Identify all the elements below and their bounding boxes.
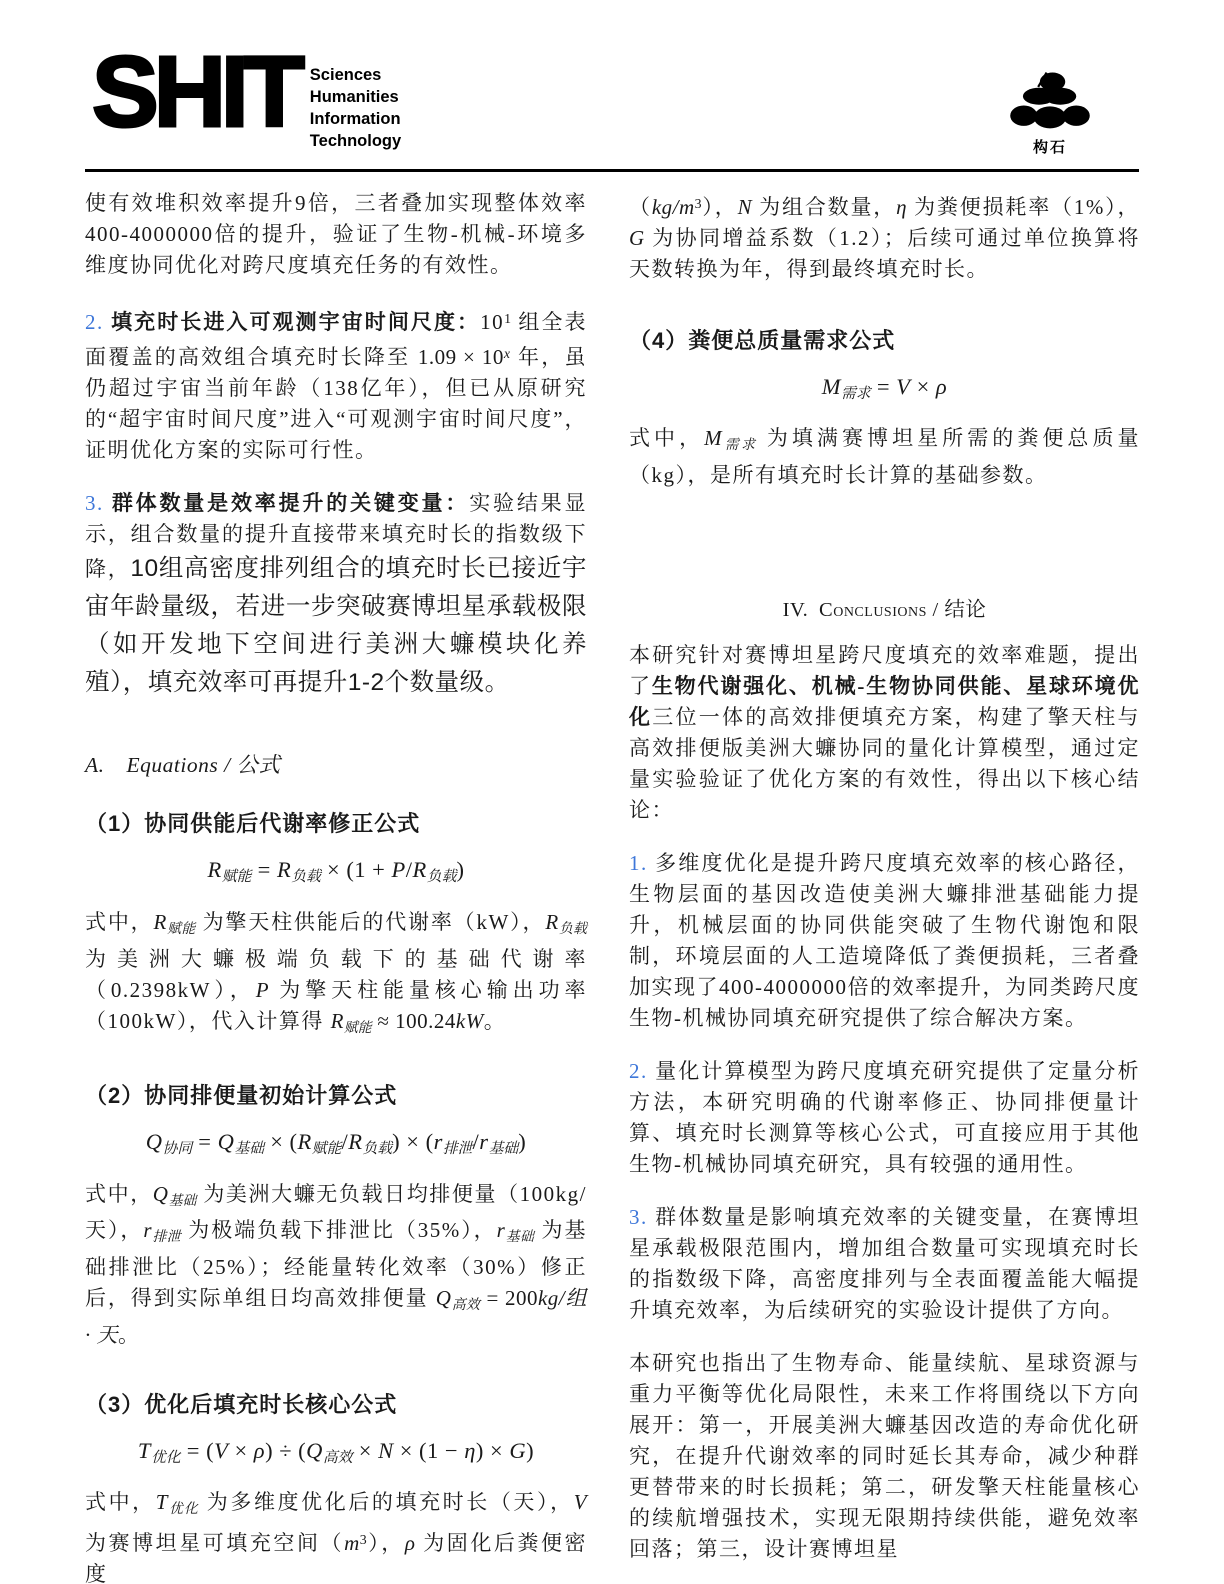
equation-heading-2: （2）协同排便量初始计算公式 bbox=[85, 1080, 587, 1111]
text-segment: 高效 bbox=[323, 1450, 353, 1466]
text-segment: × bbox=[353, 1438, 378, 1463]
text-segment: G bbox=[629, 226, 645, 250]
text-segment: R bbox=[348, 1129, 362, 1154]
text-segment: 基础 bbox=[168, 1192, 196, 1207]
conclusion-item-3: 3. 群体数量是影响填充效率的关键变量，在赛博坦星承载极限范围内，增加组合数量可… bbox=[629, 1202, 1140, 1326]
text-segment bbox=[104, 310, 111, 334]
text-segment: R bbox=[545, 910, 558, 934]
text-segment: 群体数量是效率提升的关键变量： bbox=[112, 491, 469, 515]
text-segment: IV. bbox=[783, 599, 819, 621]
text-segment: N bbox=[378, 1438, 394, 1463]
finding-item-3: 3. 群体数量是效率提升的关键变量：实验结果显示，组合数量的提升直接带来填充时长… bbox=[85, 488, 587, 702]
text-segment: = bbox=[251, 857, 276, 882]
text-segment: / bbox=[406, 857, 413, 882]
text-segment: Q bbox=[146, 1129, 163, 1154]
text-segment: 式中， bbox=[85, 1182, 153, 1206]
text-segment: M bbox=[822, 374, 841, 399]
text-segment: 本研究也指出了生物寿命、能量续航、星球资源与重力平衡等优化局限性，未来工作将围绕… bbox=[629, 1351, 1140, 1561]
text-segment: 赋能 bbox=[312, 1142, 342, 1158]
text-segment: 。 bbox=[484, 1009, 507, 1033]
equation-4-description: 式中，M需求 为填满赛博坦星所需的粪便总质量（kg），是所有填充时长计算的基础参… bbox=[629, 423, 1140, 491]
equation-1-description: 式中，R赋能 为擎天柱供能后的代谢率（kW），R负载 为美洲大蠊极端负载下的基础… bbox=[85, 907, 587, 1043]
left-column: 使有效堆积效率提升9倍，三者叠加实现整体效率400-4000000倍的提升，验证… bbox=[85, 188, 587, 1584]
text-segment: ) × bbox=[476, 1438, 509, 1463]
equation-heading-1: （1）协同供能后代谢率修正公式 bbox=[85, 808, 587, 839]
publisher-stamp: 构石 bbox=[1002, 70, 1098, 157]
text-segment: 3. bbox=[629, 1205, 648, 1229]
text-segment: 排泄 bbox=[443, 1142, 473, 1158]
text-segment: V bbox=[214, 1438, 228, 1463]
text-segment: 赋能 bbox=[222, 870, 252, 886]
text-segment: 负载 bbox=[291, 870, 321, 886]
text-segment: 赋能 bbox=[167, 921, 196, 936]
text-segment: P bbox=[392, 857, 406, 882]
text-segment: G bbox=[509, 1438, 526, 1463]
text-segment: 排泄 bbox=[152, 1229, 181, 1244]
text-segment: ）， bbox=[702, 195, 737, 219]
text-segment: 量化计算模型为跨尺度填充研究提供了定量分析方法，本研究明确的代谢率修正、协同排便… bbox=[629, 1059, 1140, 1176]
text-segment: 使有效堆积效率提升9倍，三者叠加实现整体效率400-4000000倍的提升，验证… bbox=[85, 191, 587, 277]
text-segment: R bbox=[298, 1129, 312, 1154]
text-segment: R bbox=[413, 857, 427, 882]
equation-heading-4: （4）粪便总质量需求公式 bbox=[629, 325, 1140, 356]
journal-header: SHIT Sciences Humanities Information Tec… bbox=[92, 42, 401, 152]
equation-2: Q协同 = Q基础 × (R赋能/R负载) × (r排泄/r基础) bbox=[85, 1126, 587, 1165]
text-segment: × bbox=[910, 374, 935, 399]
text-segment: 优化 bbox=[151, 1450, 181, 1466]
stone-pile-logo-icon bbox=[1007, 70, 1093, 136]
text-segment: 高效 bbox=[451, 1297, 480, 1312]
header-rule bbox=[85, 169, 1139, 172]
text-segment: R bbox=[331, 1009, 344, 1033]
text-segment: = bbox=[192, 1129, 217, 1154]
equation-3: T优化 = (V × ρ) ÷ (Q高效 × N × (1 − η) × G) bbox=[85, 1435, 587, 1474]
text-segment: 为协同增益系数（1.2）；后续可通过单位换算将天数转换为年，得到最终填充时长。 bbox=[629, 226, 1140, 281]
text-segment: 1. bbox=[629, 851, 648, 875]
text-segment: 多维度优化是提升跨尺度填充效率的核心路径，生物层面的基因改造使美洲大蠊排泄基础能… bbox=[629, 851, 1140, 1030]
conclusions-intro: 本研究针对赛博坦星跨尺度填充的效率难题，提出了生物代谢强化、机械-生物协同供能、… bbox=[629, 640, 1140, 826]
text-segment: 为多维度优化后的填充时长（天）， bbox=[199, 1490, 574, 1514]
paper-page: SHIT Sciences Humanities Information Tec… bbox=[0, 0, 1224, 1584]
text-segment: = 200 bbox=[480, 1286, 538, 1310]
text-segment: 公式 bbox=[236, 753, 280, 777]
text-segment: N bbox=[738, 195, 753, 219]
text-segment: T bbox=[138, 1438, 151, 1463]
text-segment: 。 bbox=[118, 1323, 141, 1347]
text-segment bbox=[104, 491, 112, 515]
conclusion-item-1: 1. 多维度优化是提升跨尺度填充效率的核心路径，生物层面的基因改造使美洲大蠊排泄… bbox=[629, 848, 1140, 1034]
text-segment: 基础 bbox=[489, 1142, 519, 1158]
text-segment: 2. bbox=[85, 310, 104, 334]
text-segment: η bbox=[896, 195, 907, 219]
text-segment: 为极端负载下排泄比（35%）， bbox=[181, 1218, 497, 1242]
text-segment: 三位一体的高效排便填充方案，构建了擎天柱与高效排便版美洲大蠊协同的量化计算模型，… bbox=[629, 705, 1140, 822]
paragraph-results-overall: 使有效堆积效率提升9倍，三者叠加实现整体效率400-4000000倍的提升，验证… bbox=[85, 188, 587, 281]
text-segment: 需求 bbox=[722, 437, 757, 452]
text-segment: ≈ 100.24 bbox=[372, 1009, 456, 1033]
text-segment: A. Equations / bbox=[85, 753, 236, 777]
text-segment: 需求 bbox=[841, 386, 871, 402]
text-segment: kg/m bbox=[652, 195, 695, 219]
future-work-paragraph: 本研究也指出了生物寿命、能量续航、星球资源与重力平衡等优化局限性，未来工作将围绕… bbox=[629, 1348, 1140, 1565]
text-segment: Conclusions bbox=[819, 599, 927, 621]
text-segment: ρ bbox=[936, 374, 947, 399]
text-segment: 群体数量是影响填充效率的关键变量，在赛博坦星承载极限范围内，增加组合数量可实现填… bbox=[629, 1205, 1140, 1322]
text-segment: ) ÷ ( bbox=[265, 1438, 306, 1463]
finding-item-2: 2. 填充时长进入可观测宇宙时间尺度：101 组全表面覆盖的高效组合填充时长降至… bbox=[85, 303, 587, 466]
text-segment: = bbox=[871, 374, 896, 399]
text-segment: x bbox=[504, 346, 511, 361]
text-segment: / 结论 bbox=[927, 599, 986, 621]
text-segment: 3 bbox=[695, 196, 702, 211]
text-segment: T bbox=[156, 1490, 168, 1514]
text-segment: kW bbox=[456, 1009, 484, 1033]
text-segment: 负载 bbox=[427, 870, 457, 886]
text-segment: R bbox=[153, 910, 166, 934]
text-segment: V bbox=[574, 1490, 587, 1514]
text-segment: 式中， bbox=[629, 426, 704, 450]
text-segment: R bbox=[277, 857, 291, 882]
text-segment: 式中， bbox=[85, 1490, 156, 1514]
equation-1: R赋能 = R负载 × (1 + P/R负载) bbox=[85, 854, 587, 893]
equation-2-description: 式中，Q基础 为美洲大蠊无负载日均排便量（100kg/天），r排泄 为极端负载下… bbox=[85, 1179, 587, 1352]
text-segment: 2. bbox=[629, 1059, 648, 1083]
journal-logo-subtitle: Sciences Humanities Information Technolo… bbox=[310, 64, 401, 152]
right-column: （kg/m3），N 为组合数量，η 为粪便损耗率（1%），G 为协同增益系数（1… bbox=[629, 188, 1140, 1565]
text-segment: × bbox=[228, 1438, 253, 1463]
text-segment: 为赛博坦星可填充空间（ bbox=[85, 1531, 344, 1555]
text-segment: P bbox=[256, 978, 269, 1002]
text-segment: r bbox=[143, 1218, 152, 1242]
text-segment: = ( bbox=[181, 1438, 214, 1463]
text-segment: 负载 bbox=[559, 921, 587, 936]
text-segment: × (1 − bbox=[394, 1438, 465, 1463]
text-segment: Q bbox=[306, 1438, 323, 1463]
text-segment: 基础 bbox=[505, 1229, 534, 1244]
text-segment: 为粪便损耗率（1%）， bbox=[907, 195, 1140, 219]
text-segment: m bbox=[344, 1531, 360, 1555]
conclusion-item-2: 2. 量化计算模型为跨尺度填充研究提供了定量分析方法，本研究明确的代谢率修正、协… bbox=[629, 1056, 1140, 1180]
equation-4: M需求 = V × ρ bbox=[629, 371, 1140, 410]
text-segment: ) bbox=[456, 857, 464, 882]
text-segment: V bbox=[896, 374, 910, 399]
text-segment: Q bbox=[436, 1286, 452, 1310]
text-segment: ) bbox=[526, 1438, 534, 1463]
text-segment: R bbox=[208, 857, 222, 882]
logo-subtitle-line: Technology bbox=[310, 130, 401, 152]
text-segment: × ( bbox=[264, 1129, 297, 1154]
text-segment: × (1 + bbox=[321, 857, 392, 882]
logo-subtitle-line: Sciences bbox=[310, 64, 401, 86]
text-segment: Q bbox=[153, 1182, 169, 1206]
text-segment: 基础 bbox=[234, 1142, 264, 1158]
equation-3-description: 式中，T优化 为多维度优化后的填充时长（天），V 为赛博坦星可填充空间（m3），… bbox=[85, 1487, 587, 1584]
text-segment: 赋能 bbox=[344, 1019, 372, 1034]
equation-heading-3: （3）优化后填充时长核心公式 bbox=[85, 1389, 587, 1420]
text-segment: r bbox=[479, 1129, 488, 1154]
text-segment: 1.09 × 10 bbox=[418, 345, 504, 369]
text-segment: ) bbox=[518, 1129, 526, 1154]
text-segment: 10 bbox=[480, 310, 504, 334]
text-segment: 10组高密度排列组合的填充时长已接近宇宙年龄量级，若进一步突破赛博坦星承载极限（… bbox=[85, 555, 587, 696]
text-segment: 填充时长进入可观测宇宙时间尺度： bbox=[111, 310, 480, 334]
logo-subtitle-line: Humanities bbox=[310, 86, 401, 108]
logo-subtitle-line: Information bbox=[310, 108, 401, 130]
section-heading-conclusions: IV. Conclusions / 结论 bbox=[629, 595, 1140, 626]
text-segment: 式中， bbox=[85, 910, 153, 934]
text-segment: 为组合数量， bbox=[752, 195, 896, 219]
text-segment: 3. bbox=[85, 491, 104, 515]
text-segment: η bbox=[464, 1438, 476, 1463]
text-segment: r bbox=[434, 1129, 443, 1154]
text-segment: 负载 bbox=[362, 1142, 392, 1158]
equation-3-description-continued: （kg/m3），N 为组合数量，η 为粪便损耗率（1%），G 为协同增益系数（1… bbox=[629, 188, 1140, 285]
text-segment: 协同 bbox=[162, 1142, 192, 1158]
journal-logo: SHIT bbox=[92, 42, 300, 142]
text-segment: Q bbox=[218, 1129, 235, 1154]
text-segment: ）， bbox=[367, 1531, 405, 1555]
text-segment: ) × ( bbox=[392, 1129, 433, 1154]
text-segment: ρ bbox=[405, 1531, 416, 1555]
section-heading-equations: A. Equations / 公式 bbox=[85, 750, 587, 781]
stamp-label: 构石 bbox=[1002, 136, 1098, 157]
text-segment: 为擎天柱供能后的代谢率（kW）， bbox=[196, 910, 546, 934]
text-segment: r bbox=[497, 1218, 506, 1242]
text-segment: （ bbox=[629, 195, 652, 219]
text-segment: 优化 bbox=[168, 1501, 199, 1516]
text-segment: ρ bbox=[254, 1438, 265, 1463]
text-segment: M bbox=[704, 426, 722, 450]
